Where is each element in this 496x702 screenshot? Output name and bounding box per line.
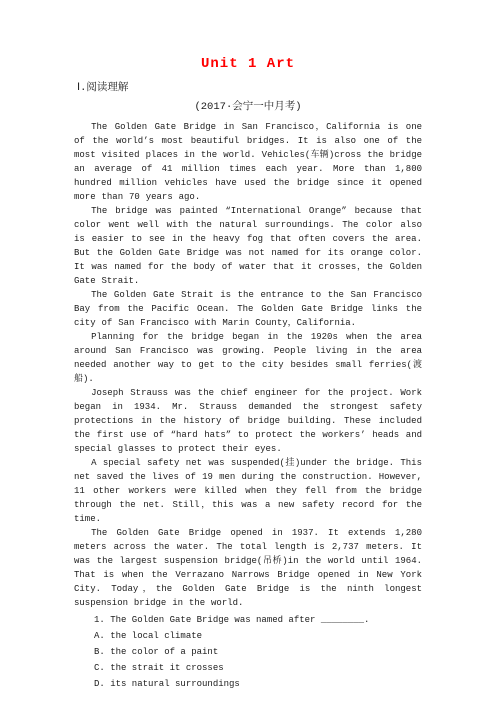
passage-paragraph-7: The Golden Gate Bridge opened in 1937. I…: [74, 526, 422, 610]
question-1-option-a: A. the local climate: [94, 628, 422, 644]
question-1-option-d: D. its natural surroundings: [94, 676, 422, 692]
exam-source-line: (2017·会宁一中月考): [74, 101, 422, 114]
passage-paragraph-6: A special safety net was suspended(挂)und…: [74, 456, 422, 526]
section-heading-reading-comprehension: Ⅰ.阅读理解: [77, 82, 422, 95]
unit-title: Unit 1 Art: [74, 56, 422, 72]
passage-paragraph-3: The Golden Gate Strait is the entrance t…: [74, 288, 422, 330]
question-1-option-b: B. the color of a paint: [94, 644, 422, 660]
question-1-stem: 1. The Golden Gate Bridge was named afte…: [94, 612, 422, 628]
document-page: Unit 1 Art Ⅰ.阅读理解 (2017·会宁一中月考) The Gold…: [0, 0, 496, 702]
passage-paragraph-2: The bridge was painted “International Or…: [74, 204, 422, 288]
passage-paragraph-1: The Golden Gate Bridge in San Francisco，…: [74, 120, 422, 204]
passage-paragraph-5: Joseph Strauss was the chief engineer fo…: [74, 386, 422, 456]
passage-paragraph-4: Planning for the bridge began in the 192…: [74, 330, 422, 386]
question-1-option-c: C. the strait it crosses: [94, 660, 422, 676]
reading-passage: The Golden Gate Bridge in San Francisco，…: [74, 120, 422, 610]
question-1-block: 1. The Golden Gate Bridge was named afte…: [74, 612, 422, 692]
